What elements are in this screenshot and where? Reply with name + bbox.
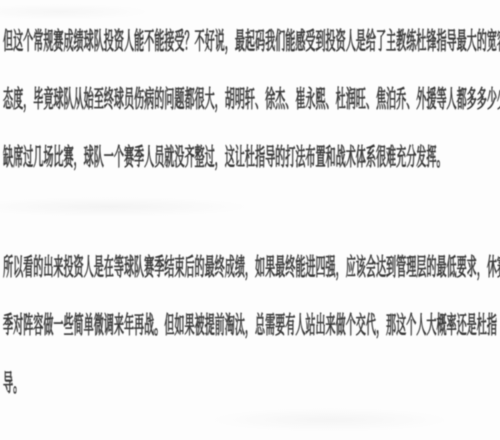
text-line: 季对阵容做一些简单微调来年再战。但如果被提前淘汰，总需要有人站出来做个交代，那这… (3, 296, 500, 354)
text-line: 所以看的出来投资人是在等球队赛季结束后的最终成绩，如果最终能进四强，应该会达到管… (3, 238, 500, 296)
paragraph-1: 但这个常规赛成绩球队投资人能不能接受？不好说，最起码我们能感受到投资人是给了主教… (3, 12, 500, 186)
article-page: 但这个常规赛成绩球队投资人能不能接受？不好说，最起码我们能感受到投资人是给了主教… (0, 0, 500, 440)
article-body: 但这个常规赛成绩球队投资人能不能接受？不好说，最起码我们能感受到投资人是给了主教… (3, 12, 500, 412)
text-line: 缺席过几场比赛，球队一个赛季人员就没齐整过，这让杜指导的打法布置和战术体系很难充… (3, 128, 500, 186)
article-soften-layer: 但这个常规赛成绩球队投资人能不能接受？不好说，最起码我们能感受到投资人是给了主教… (0, 0, 500, 440)
text-line: 但这个常规赛成绩球队投资人能不能接受？不好说，最起码我们能感受到投资人是给了主教… (3, 12, 500, 70)
text-line: 导。 (3, 354, 500, 412)
text-line: 态度，毕竟球队从始至终球员伤病的问题都很大，胡明轩、徐杰、崔永熙、杜润旺、焦泊乔… (3, 70, 500, 128)
paragraph-2: 所以看的出来投资人是在等球队赛季结束后的最终成绩，如果最终能进四强，应该会达到管… (3, 238, 500, 412)
